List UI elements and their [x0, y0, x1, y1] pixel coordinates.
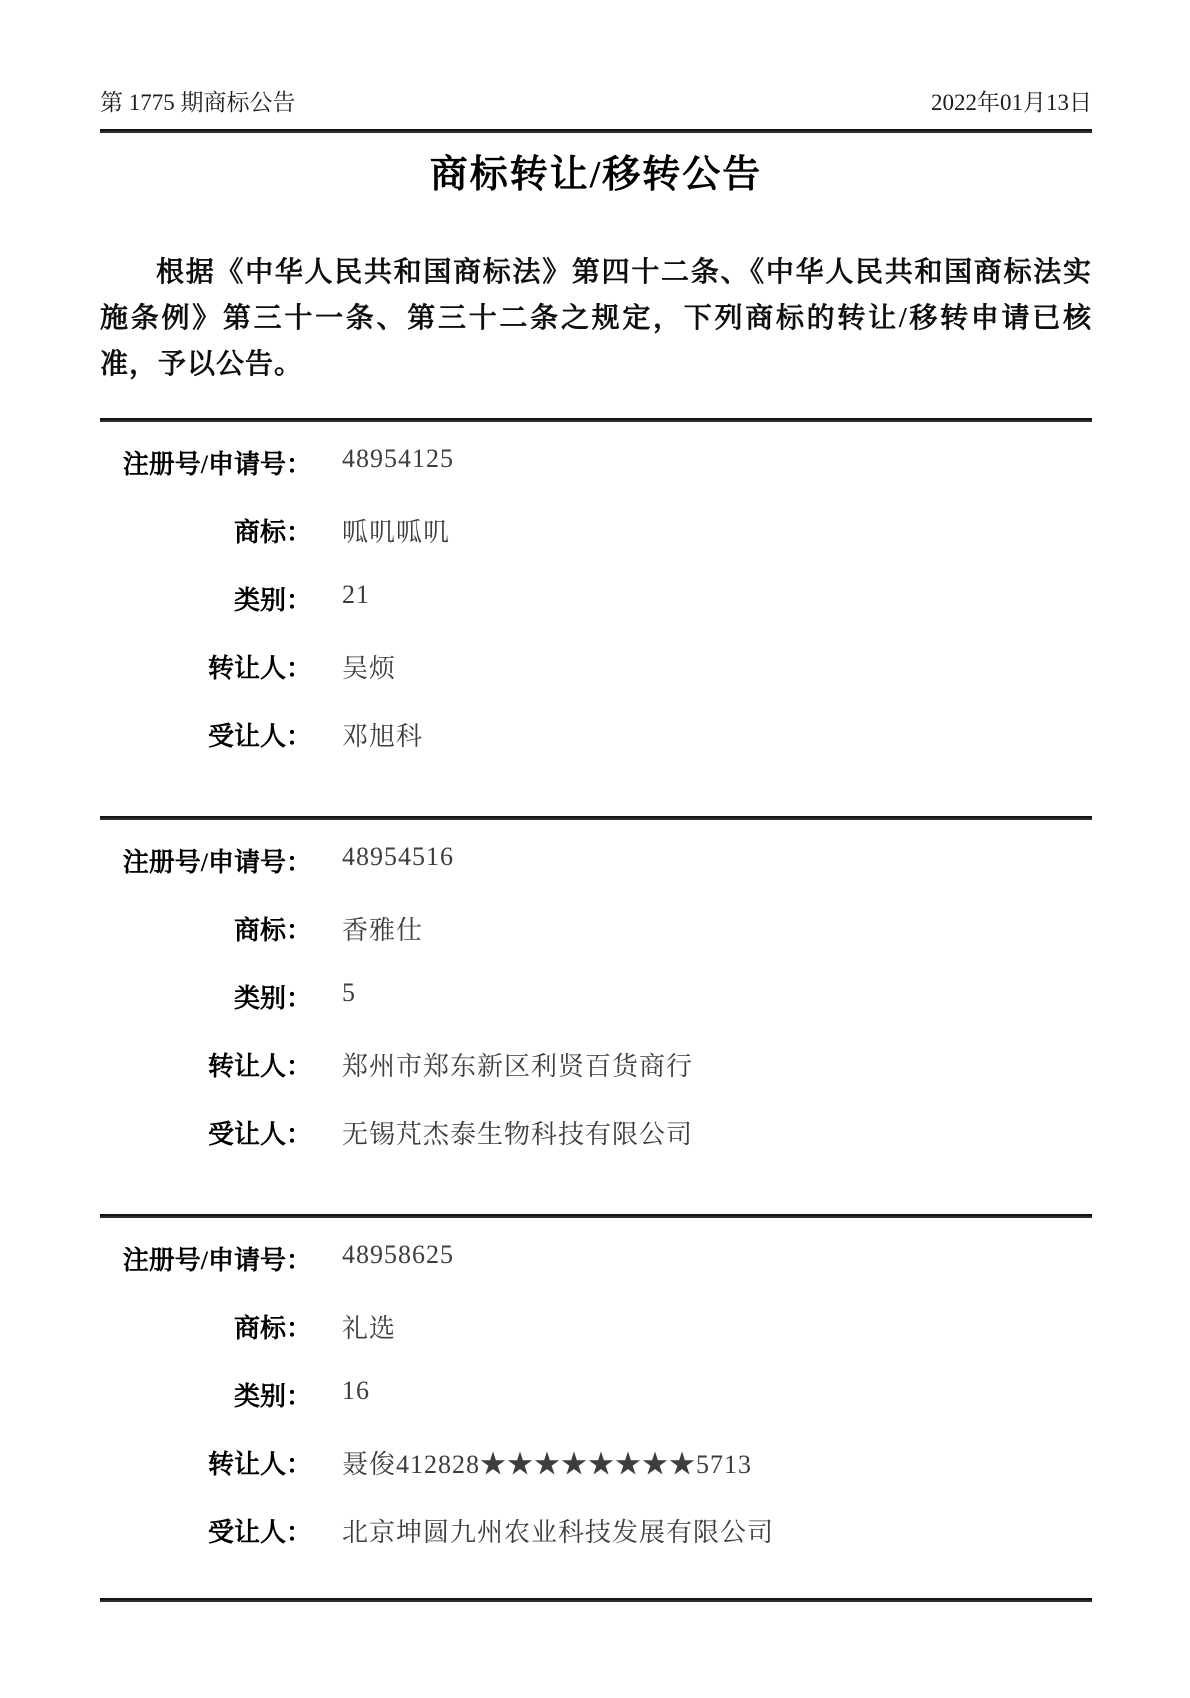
assignor-label: 转让人：	[100, 1444, 312, 1481]
class-row: 类别： 21	[100, 572, 1092, 640]
trademark-name-value: 香雅仕	[342, 910, 423, 947]
header-rule	[100, 129, 1092, 133]
trademark-name-label: 商标：	[100, 1308, 312, 1345]
assignee-value: 邓旭科	[342, 716, 423, 753]
class-label: 类别：	[100, 580, 312, 617]
intro-paragraph: 根据《中华人民共和国商标法》第四十二条、《中华人民共和国商标法实施条例》第三十一…	[100, 250, 1092, 388]
record-separator	[100, 1214, 1092, 1218]
assignee-row: 受让人： 邓旭科	[100, 708, 1092, 776]
class-label: 类别：	[100, 1376, 312, 1413]
class-label: 类别：	[100, 978, 312, 1015]
trademark-name-label: 商标：	[100, 910, 312, 947]
registration-number-row: 注册号/申请号： 48954125	[100, 436, 1092, 504]
class-row: 类别： 5	[100, 970, 1092, 1038]
assignee-label: 受让人：	[100, 1512, 312, 1549]
assignor-row: 转让人： 吴烦	[100, 640, 1092, 708]
registration-number-value: 48954516	[342, 842, 454, 872]
records-section: 注册号/申请号： 48954125 商标： 呱叽呱叽 类别： 21 转让人： 吴…	[100, 404, 1092, 1602]
trademark-record-1: 注册号/申请号： 48954125 商标： 呱叽呱叽 类别： 21 转让人： 吴…	[100, 404, 1092, 802]
assignor-row: 转让人： 郑州市郑东新区利贤百货商行	[100, 1038, 1092, 1106]
assignee-value: 北京坤圆九州农业科技发展有限公司	[342, 1512, 774, 1549]
trademark-name-row: 商标： 礼选	[100, 1300, 1092, 1368]
assignee-value: 无锡芃杰泰生物科技有限公司	[342, 1114, 693, 1151]
class-row: 类别： 16	[100, 1368, 1092, 1436]
registration-number-row: 注册号/申请号： 48954516	[100, 834, 1092, 902]
page-header: 第 1775 期商标公告 2022年01月13日	[100, 84, 1092, 117]
registration-number-row: 注册号/申请号： 48958625	[100, 1232, 1092, 1300]
registration-number-label: 注册号/申请号：	[100, 842, 312, 879]
gazette-date-label: 2022年01月13日	[931, 84, 1092, 117]
assignee-label: 受让人：	[100, 1114, 312, 1151]
assignor-label: 转让人：	[100, 648, 312, 685]
registration-number-value: 48958625	[342, 1240, 454, 1270]
trademark-name-label: 商标：	[100, 512, 312, 549]
assignor-value: 聂俊412828★★★★★★★★5713	[342, 1444, 752, 1481]
trademark-name-row: 商标： 香雅仕	[100, 902, 1092, 970]
trademark-record-3: 注册号/申请号： 48958625 商标： 礼选 类别： 16 转让人： 聂俊4…	[100, 1200, 1092, 1598]
trademark-name-value: 呱叽呱叽	[342, 512, 450, 549]
assignor-row: 转让人： 聂俊412828★★★★★★★★5713	[100, 1436, 1092, 1504]
page-title: 商标转让/移转公告	[100, 143, 1092, 198]
class-value: 16	[342, 1376, 370, 1406]
assignor-value: 吴烦	[342, 648, 396, 685]
assignee-label: 受让人：	[100, 716, 312, 753]
class-value: 5	[342, 978, 356, 1008]
registration-number-label: 注册号/申请号：	[100, 444, 312, 481]
trademark-name-row: 商标： 呱叽呱叽	[100, 504, 1092, 572]
registration-number-value: 48954125	[342, 444, 454, 474]
trademark-name-value: 礼选	[342, 1308, 396, 1345]
registration-number-label: 注册号/申请号：	[100, 1240, 312, 1277]
assignee-row: 受让人： 北京坤圆九州农业科技发展有限公司	[100, 1504, 1092, 1572]
gazette-issue-label: 第 1775 期商标公告	[100, 84, 296, 117]
record-separator	[100, 418, 1092, 422]
gazette-page: 第 1775 期商标公告 2022年01月13日 商标转让/移转公告 根据《中华…	[0, 0, 1190, 1698]
assignor-label: 转让人：	[100, 1046, 312, 1083]
assignee-row: 受让人： 无锡芃杰泰生物科技有限公司	[100, 1106, 1092, 1174]
class-value: 21	[342, 580, 370, 610]
bottom-rule	[100, 1598, 1092, 1602]
record-separator	[100, 816, 1092, 820]
trademark-record-2: 注册号/申请号： 48954516 商标： 香雅仕 类别： 5 转让人： 郑州市…	[100, 802, 1092, 1200]
assignor-value: 郑州市郑东新区利贤百货商行	[342, 1046, 693, 1083]
